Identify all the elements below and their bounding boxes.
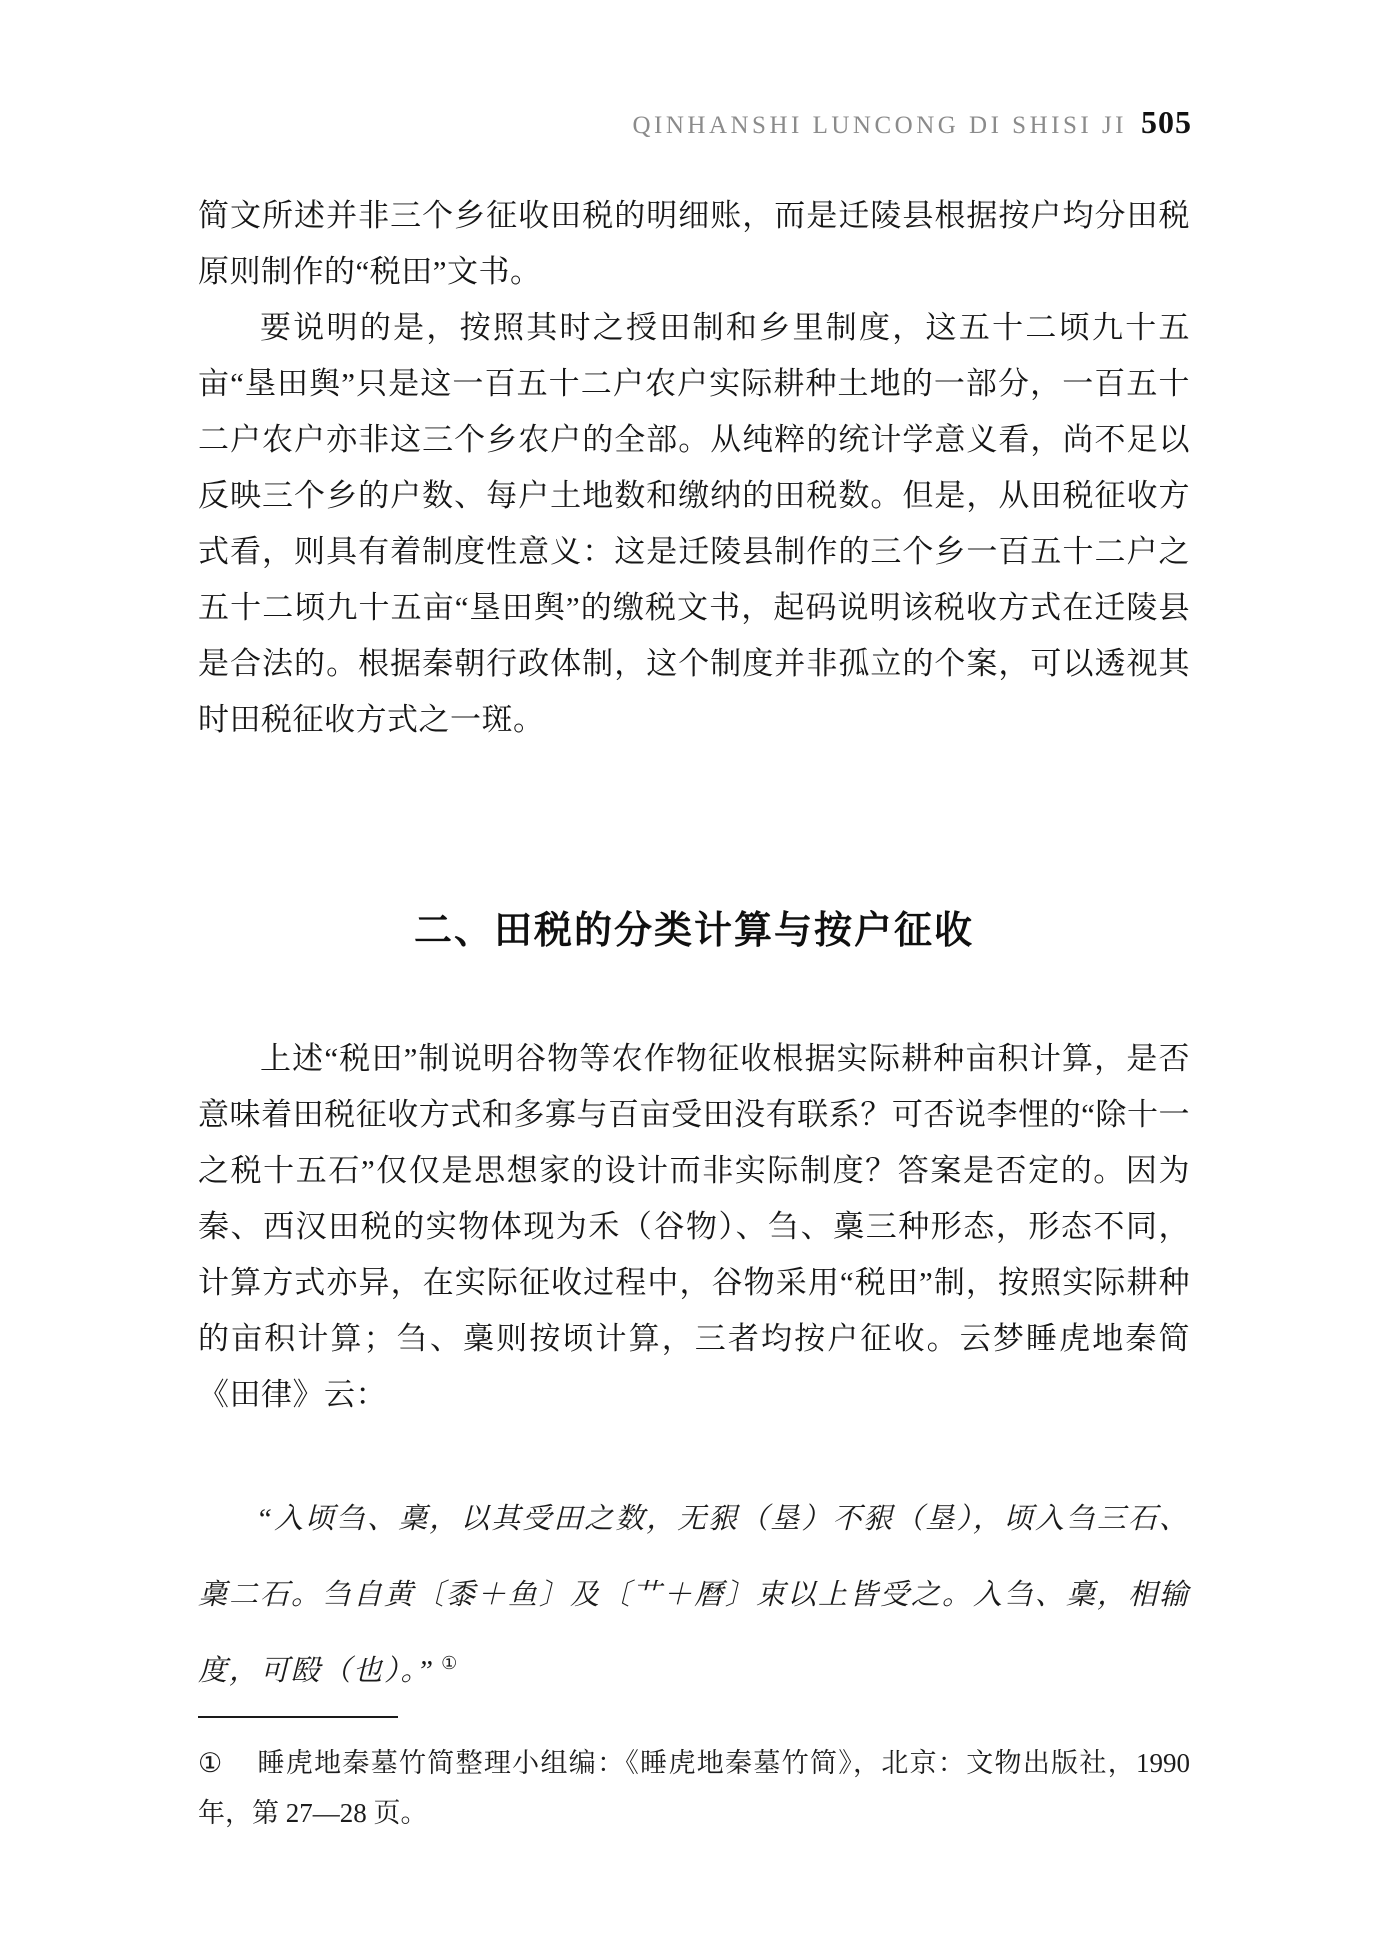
- paragraph-continuation: 简文所述并非三个乡征收田税的明细账，而是迁陵县根据按户均分田税原则制作的“税田”…: [198, 188, 1190, 300]
- page-number: 505: [1141, 104, 1192, 140]
- paragraph-explanation: 要说明的是，按照其时之授田制和乡里制度，这五十二顷九十五亩“垦田舆”只是这一百五…: [198, 300, 1190, 748]
- footnote-reference-1: ①: [441, 1653, 457, 1673]
- footnote-area: ①睡虎地秦墓竹简整理小组编：《睡虎地秦墓竹简》，北京：文物出版社，1990 年，…: [198, 1716, 1190, 1838]
- footnote-marker: ①: [198, 1738, 222, 1788]
- paragraph-tax-categories: 上述“税田”制说明谷物等农作物征收根据实际耕种亩积计算，是否意味着田税征收方式和…: [198, 1031, 1190, 1423]
- footnote-separator: [198, 1716, 398, 1718]
- block-quote-tianlv: “入顷刍、稾，以其受田之数，无豤（垦）不豤（垦），顷入刍三石、稾二石。刍自黄〔黍…: [198, 1481, 1190, 1709]
- footnote-text: 睡虎地秦墓竹简整理小组编：《睡虎地秦墓竹简》，北京：文物出版社，1990 年，第…: [198, 1748, 1190, 1828]
- book-page: QINHANSHI LUNCONG DI SHISI JI505 简文所述并非三…: [0, 0, 1386, 1938]
- footnote-1: ①睡虎地秦墓竹简整理小组编：《睡虎地秦墓竹简》，北京：文物出版社，1990 年，…: [198, 1738, 1190, 1838]
- text-column: 简文所述并非三个乡征收田税的明细账，而是迁陵县根据按户均分田税原则制作的“税田”…: [198, 188, 1190, 1709]
- running-title: QINHANSHI LUNCONG DI SHISI JI: [632, 112, 1127, 139]
- running-header: QINHANSHI LUNCONG DI SHISI JI505: [632, 104, 1192, 141]
- block-quote-text: “入顷刍、稾，以其受田之数，无豤（垦）不豤（垦），顷入刍三石、稾二石。刍自黄〔黍…: [198, 1503, 1190, 1687]
- section-heading: 二、田税的分类计算与按户征收: [198, 903, 1190, 959]
